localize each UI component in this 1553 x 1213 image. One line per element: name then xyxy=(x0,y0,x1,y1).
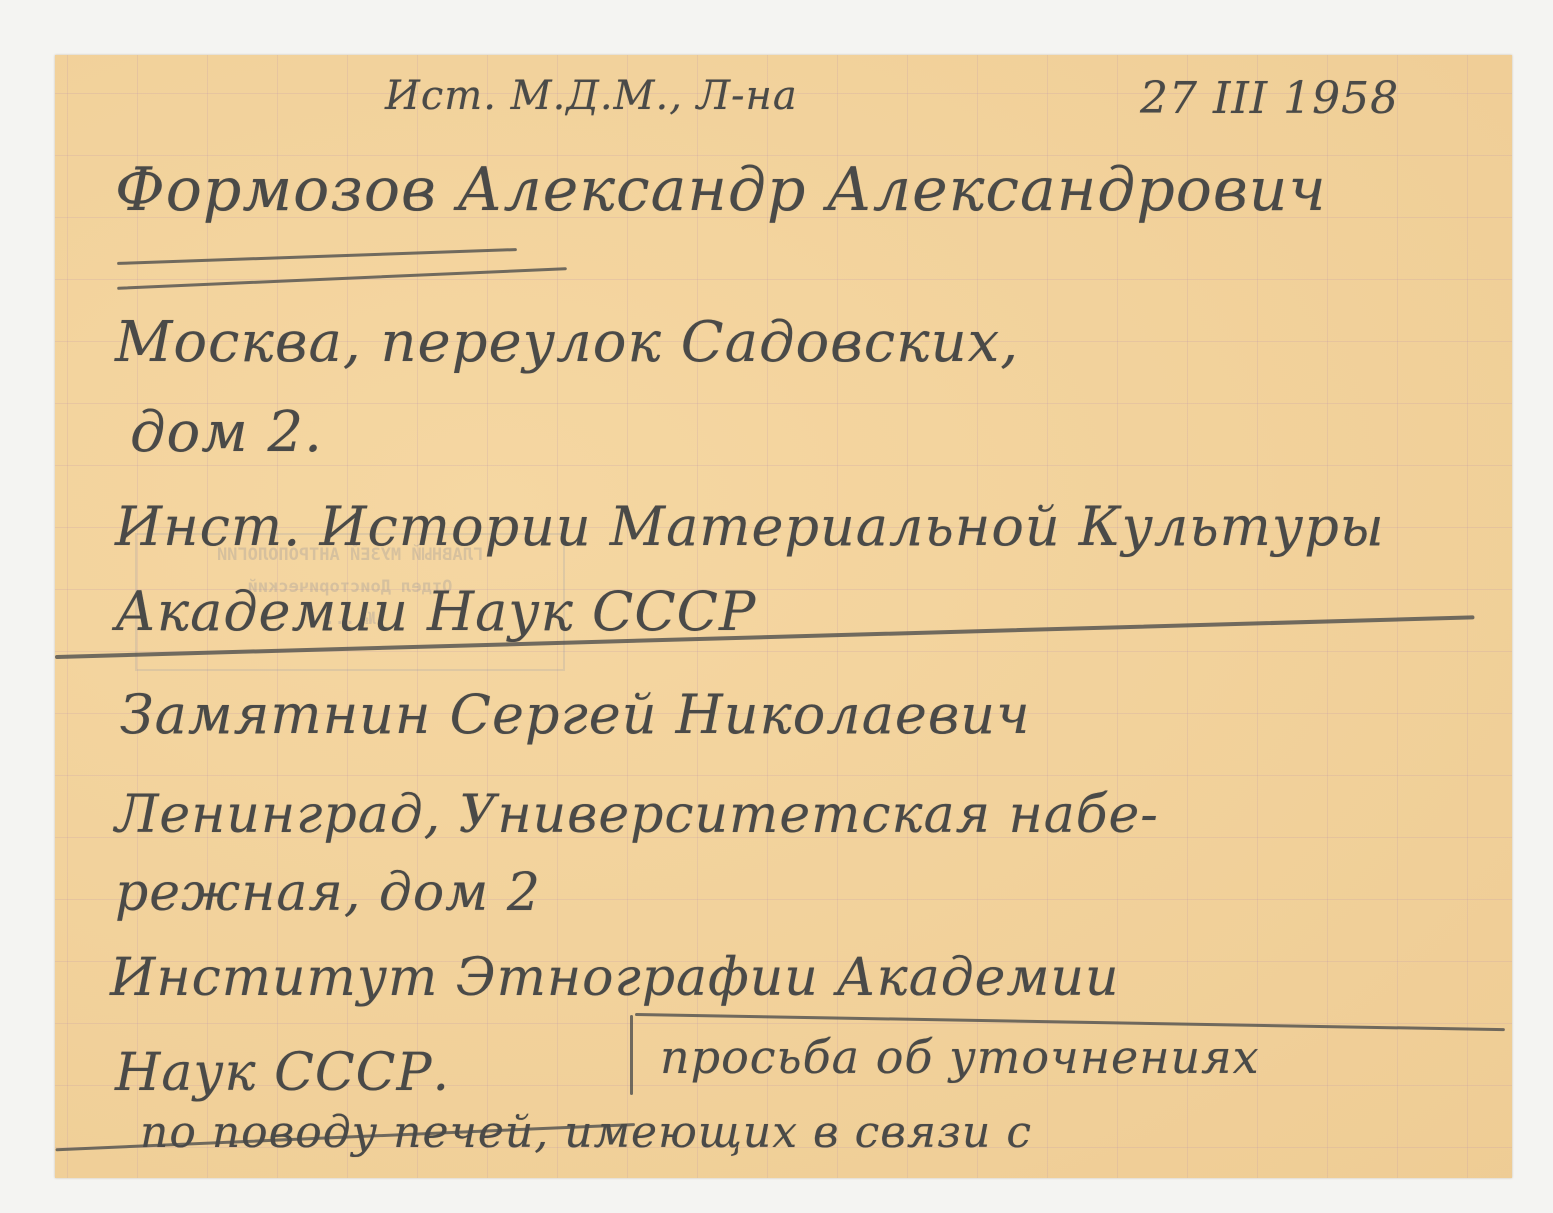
header-date: 27 III 1958 xyxy=(1140,73,1399,124)
entry1-institution-line2: Академии Наук СССР xyxy=(115,580,756,643)
name-underline-1 xyxy=(117,248,517,265)
request-line1: просьба об уточнениях xyxy=(660,1030,1260,1084)
entry1-address-line2: дом 2. xyxy=(130,400,323,465)
bracket-top-line xyxy=(635,1013,1505,1031)
entry2-institution-line2: Наук СССР. xyxy=(115,1043,450,1103)
bracket-vertical-line xyxy=(630,1015,633,1095)
handwritten-note-paper: ГЛАВНЫЙ МУЗЕЙ АНТРОПОЛОГИИ Отдел Доистор… xyxy=(55,55,1512,1178)
entry1-institution-line1: Инст. Истории Материальной Культуры xyxy=(115,495,1385,558)
entry2-address-line1: Ленинград, Университетская набе- xyxy=(115,785,1159,845)
name-underline-2 xyxy=(117,267,567,290)
request-line2: по поводу печей, имеющих в связи с xyxy=(140,1107,1032,1158)
entry2-name: Замятнин Сергей Николаевич xyxy=(120,683,1031,746)
entry1-name: Формозов Александр Александрович xyxy=(115,155,1327,225)
header-annotation: Ист. М.Д.М., Л-на xyxy=(385,73,798,119)
entry2-address-line2: режная, дом 2 xyxy=(115,863,541,923)
entry2-institution-line1: Институт Этнографии Академии xyxy=(110,948,1120,1008)
entry1-address-line1: Москва, переулок Садовских, xyxy=(115,310,1019,375)
